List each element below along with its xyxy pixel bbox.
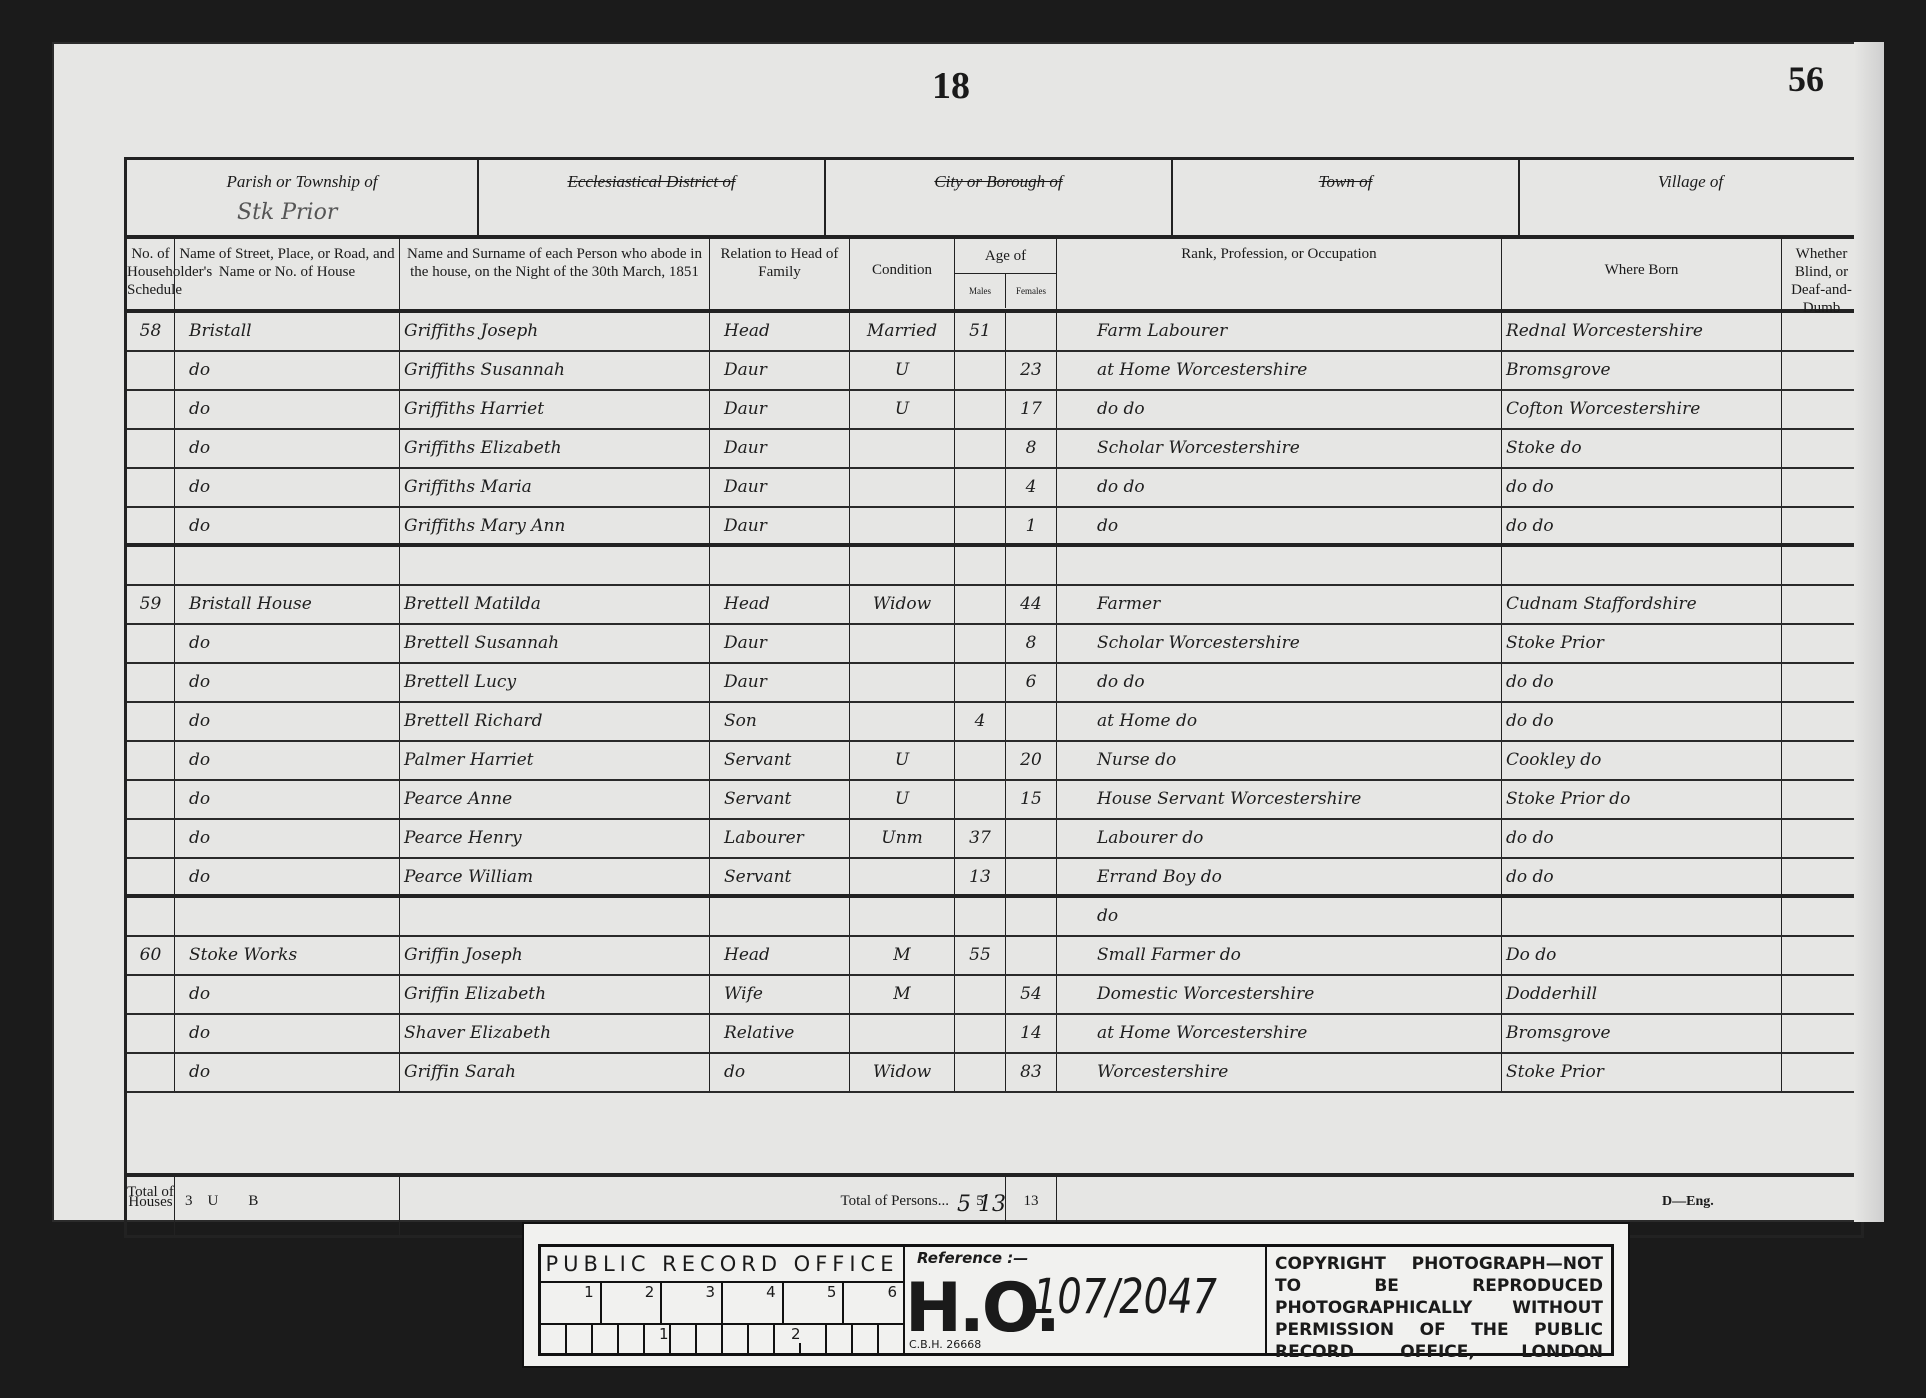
blind-deaf	[1782, 313, 1861, 350]
age-male	[955, 742, 1006, 779]
age-female	[1006, 937, 1057, 974]
col-schedule: No. of Householder's Schedule	[127, 239, 175, 309]
age-female: 15	[1006, 781, 1057, 818]
table-row: doBrettell LucyDaur6do dodo do	[127, 664, 1861, 703]
ruler-mark: 1	[659, 1325, 669, 1343]
occupation: Farmer	[1057, 586, 1502, 623]
table-row: 58BristallGriffiths JosephHeadMarried51F…	[127, 313, 1861, 352]
ruler-mark: 6	[844, 1283, 903, 1323]
relation: Daur	[710, 508, 850, 543]
where-born: do do	[1502, 508, 1782, 543]
table-row: do	[127, 898, 1861, 937]
where-born: do do	[1502, 859, 1782, 894]
where-born: Stoke Prior do	[1502, 781, 1782, 818]
age-female	[1006, 703, 1057, 740]
uninhabited-label: U	[208, 1193, 219, 1209]
age-female: 17	[1006, 391, 1057, 428]
relation	[710, 547, 850, 584]
condition	[850, 469, 955, 506]
ruler-mark: 4	[723, 1283, 784, 1323]
condition: U	[850, 781, 955, 818]
where-born: Do do	[1502, 937, 1782, 974]
total-houses-label: Total of Houses	[127, 1177, 175, 1235]
where-born: Cudnam Staffordshire	[1502, 586, 1782, 623]
blind-deaf	[1782, 352, 1861, 389]
person-name: Griffin Sarah	[400, 1054, 710, 1091]
relation: Servant	[710, 859, 850, 894]
ecclesiastical-field: Ecclesiastical District of	[479, 160, 826, 235]
table-row: doGriffiths MariaDaur4do dodo do	[127, 469, 1861, 508]
ruler-ticks: 1 2	[541, 1325, 903, 1353]
condition	[850, 664, 955, 701]
where-born: Rednal Worcestershire	[1502, 313, 1782, 350]
occupation: at Home do	[1057, 703, 1502, 740]
age-male: 37	[955, 820, 1006, 857]
parish-label: Parish or Township of	[127, 160, 477, 192]
reference-box: Reference :— H.O. 107/2047 C.B.H. 26668	[905, 1247, 1267, 1353]
street-name: Stoke Works	[175, 937, 400, 974]
person-name: Griffin Joseph	[400, 937, 710, 974]
blind-deaf	[1782, 664, 1861, 701]
household-rows: 58BristallGriffiths JosephHeadMarried51F…	[127, 313, 1861, 1093]
occupation: do do	[1057, 469, 1502, 506]
record-office-stamp: PUBLIC RECORD OFFICE 1 2 3 4 5 6 1 2 Ref…	[522, 1222, 1630, 1368]
age-male	[955, 898, 1006, 935]
person-name: Griffiths Harriet	[400, 391, 710, 428]
person-name: Pearce Henry	[400, 820, 710, 857]
blind-deaf	[1782, 586, 1861, 623]
where-born: Cookley do	[1502, 742, 1782, 779]
col-occupation: Rank, Profession, or Occupation	[1057, 239, 1502, 309]
blind-deaf	[1782, 469, 1861, 506]
schedule-number	[127, 430, 175, 467]
person-name: Brettell Lucy	[400, 664, 710, 701]
age-label: Age of	[955, 239, 1056, 274]
schedule-number	[127, 547, 175, 584]
schedule-number	[127, 898, 175, 935]
table-row: doPearce WilliamServant13Errand Boy dodo…	[127, 859, 1861, 898]
cbh-number: C.B.H. 26668	[909, 1338, 981, 1351]
borough-field: City or Borough of	[826, 160, 1173, 235]
street-name: do	[175, 391, 400, 428]
condition	[850, 547, 955, 584]
where-born: Bromsgrove	[1502, 1015, 1782, 1052]
village-label: Village of	[1520, 160, 1861, 192]
age-female: 83	[1006, 1054, 1057, 1091]
street-name: do	[175, 469, 400, 506]
blind-deaf	[1782, 625, 1861, 662]
age-male	[955, 352, 1006, 389]
person-name: Palmer Harriet	[400, 742, 710, 779]
ruler-mark: 5	[784, 1283, 845, 1323]
piece-number: 107/2047	[1033, 1269, 1217, 1325]
relation: Daur	[710, 664, 850, 701]
age-female: 14	[1006, 1015, 1057, 1052]
table-row: doGriffiths SusannahDaurU23at Home Worce…	[127, 352, 1861, 391]
person-name: Griffiths Elizabeth	[400, 430, 710, 467]
age-male	[955, 625, 1006, 662]
age-male	[955, 547, 1006, 584]
condition: U	[850, 742, 955, 779]
schedule-number	[127, 703, 175, 740]
occupation: do do	[1057, 391, 1502, 428]
table-row: doGriffin SarahdoWidow83WorcestershireSt…	[127, 1054, 1861, 1093]
schedule-number	[127, 352, 175, 389]
street-name	[175, 898, 400, 935]
occupation: at Home Worcestershire	[1057, 352, 1502, 389]
street-name: do	[175, 781, 400, 818]
schedule-number	[127, 820, 175, 857]
houses-count: 3 U B	[175, 1177, 400, 1235]
parish-value: Stk Prior	[237, 200, 337, 225]
age-male	[955, 664, 1006, 701]
condition	[850, 1015, 955, 1052]
blind-deaf	[1782, 391, 1861, 428]
schedule-number: 58	[127, 313, 175, 350]
age-females-label: Females	[1006, 274, 1056, 308]
street-name: do	[175, 859, 400, 894]
street-name: do	[175, 742, 400, 779]
houses-inhabited: 3	[185, 1193, 193, 1209]
condition	[850, 703, 955, 740]
relation: Daur	[710, 391, 850, 428]
where-born	[1502, 898, 1782, 935]
where-born	[1502, 547, 1782, 584]
blind-deaf	[1782, 742, 1861, 779]
condition	[850, 508, 955, 543]
person-name: Griffiths Susannah	[400, 352, 710, 389]
age-female	[1006, 547, 1057, 584]
condition: U	[850, 391, 955, 428]
schedule-number	[127, 391, 175, 428]
relation: do	[710, 1054, 850, 1091]
table-row	[127, 547, 1861, 586]
condition: Unm	[850, 820, 955, 857]
where-born: Dodderhill	[1502, 976, 1782, 1013]
street-name: Bristall House	[175, 586, 400, 623]
schedule-number	[127, 859, 175, 894]
age-male	[955, 1015, 1006, 1052]
building-label: B	[248, 1193, 258, 1209]
table-row: doGriffiths HarrietDaurU17do doCofton Wo…	[127, 391, 1861, 430]
folio-number: 18	[932, 64, 970, 108]
occupation: Labourer do	[1057, 820, 1502, 857]
condition: Widow	[850, 1054, 955, 1091]
age-male	[955, 586, 1006, 623]
age-male: 13	[955, 859, 1006, 894]
street-name: do	[175, 430, 400, 467]
blind-deaf	[1782, 547, 1861, 584]
table-row: doPearce HenryLabourerUnm37Labourer dodo…	[127, 820, 1861, 859]
age-female	[1006, 898, 1057, 935]
where-born: Stoke Prior	[1502, 625, 1782, 662]
table-row: doGriffin ElizabethWifeM54Domestic Worce…	[127, 976, 1861, 1015]
schedule-number	[127, 625, 175, 662]
relation: Son	[710, 703, 850, 740]
schedule-number	[127, 1015, 175, 1052]
where-born: Stoke Prior	[1502, 1054, 1782, 1091]
age-female: 20	[1006, 742, 1057, 779]
schedule-number: 59	[127, 586, 175, 623]
relation	[710, 898, 850, 935]
age-male: 4	[955, 703, 1006, 740]
condition	[850, 430, 955, 467]
table-row: doGriffiths ElizabethDaur8Scholar Worces…	[127, 430, 1861, 469]
person-name: Brettell Matilda	[400, 586, 710, 623]
table-row: doBrettell SusannahDaur8Scholar Worceste…	[127, 625, 1861, 664]
person-name	[400, 547, 710, 584]
age-male	[955, 391, 1006, 428]
borough-label: City or Borough of	[826, 160, 1171, 192]
person-name: Griffiths Joseph	[400, 313, 710, 350]
census-sheet: 18 56 Parish or Township of Stk Prior Ec…	[52, 42, 1884, 1222]
relation: Daur	[710, 352, 850, 389]
occupation: Domestic Worcestershire	[1057, 976, 1502, 1013]
relation: Daur	[710, 430, 850, 467]
parish-field: Parish or Township of Stk Prior	[127, 160, 479, 235]
relation: Head	[710, 937, 850, 974]
col-relation: Relation to Head of Family	[710, 239, 850, 309]
occupation: Errand Boy do	[1057, 859, 1502, 894]
age-male	[955, 508, 1006, 543]
condition	[850, 859, 955, 894]
blind-deaf	[1782, 937, 1861, 974]
condition: M	[850, 976, 955, 1013]
table-row: 59Bristall HouseBrettell MatildaHeadWido…	[127, 586, 1861, 625]
street-name	[175, 547, 400, 584]
schedule-number	[127, 664, 175, 701]
col-name: Name and Surname of each Person who abod…	[400, 239, 710, 309]
ruler-mark: 2	[602, 1283, 663, 1323]
where-born: Stoke do	[1502, 430, 1782, 467]
relation: Servant	[710, 742, 850, 779]
schedule-number: 60	[127, 937, 175, 974]
condition: U	[850, 352, 955, 389]
occupation: House Servant Worcestershire	[1057, 781, 1502, 818]
blind-deaf	[1782, 781, 1861, 818]
reference-label: Reference :—	[917, 1249, 1028, 1267]
occupation: do	[1057, 898, 1502, 935]
age-male: 55	[955, 937, 1006, 974]
age-male	[955, 781, 1006, 818]
blind-deaf	[1782, 820, 1861, 857]
blind-deaf	[1782, 976, 1861, 1013]
relation: Servant	[710, 781, 850, 818]
location-header: Parish or Township of Stk Prior Ecclesia…	[127, 160, 1861, 239]
table-row: doPearce AnneServantU15House Servant Wor…	[127, 781, 1861, 820]
age-female: 1	[1006, 508, 1057, 543]
blind-deaf	[1782, 898, 1861, 935]
age-female: 8	[1006, 625, 1057, 662]
town-field: Town of	[1173, 160, 1520, 235]
occupation: do do	[1057, 664, 1502, 701]
street-name: do	[175, 820, 400, 857]
relation: Daur	[710, 469, 850, 506]
col-where-born: Where Born	[1502, 239, 1782, 309]
schedule-number	[127, 742, 175, 779]
condition: Widow	[850, 586, 955, 623]
age-female: 6	[1006, 664, 1057, 701]
age-female	[1006, 820, 1057, 857]
blind-deaf	[1782, 430, 1861, 467]
street-name: do	[175, 508, 400, 543]
age-male: 51	[955, 313, 1006, 350]
age-male	[955, 469, 1006, 506]
where-born: do do	[1502, 664, 1782, 701]
condition	[850, 898, 955, 935]
schedule-number	[127, 469, 175, 506]
age-males-label: Males	[955, 274, 1006, 308]
village-field: Village of	[1520, 160, 1861, 235]
relation: Wife	[710, 976, 850, 1013]
page-number: 56	[1788, 58, 1824, 100]
street-name: do	[175, 625, 400, 662]
col-age: Age of Males Females	[955, 239, 1057, 309]
blind-deaf	[1782, 508, 1861, 543]
age-female: 4	[1006, 469, 1057, 506]
schedule-number	[127, 1054, 175, 1091]
person-name: Griffiths Maria	[400, 469, 710, 506]
person-name: Griffiths Mary Ann	[400, 508, 710, 543]
schedule-number	[127, 508, 175, 543]
where-born: Cofton Worcestershire	[1502, 391, 1782, 428]
table-row: doBrettell RichardSon4at Home dodo do	[127, 703, 1861, 742]
condition: M	[850, 937, 955, 974]
street-name: do	[175, 703, 400, 740]
condition	[850, 625, 955, 662]
blind-deaf	[1782, 1015, 1861, 1052]
ruler-mark: 1	[541, 1283, 602, 1323]
occupation	[1057, 547, 1502, 584]
relation: Head	[710, 313, 850, 350]
person-name: Pearce Anne	[400, 781, 710, 818]
age-male	[955, 430, 1006, 467]
person-name	[400, 898, 710, 935]
record-office-ruler: PUBLIC RECORD OFFICE 1 2 3 4 5 6 1 2	[541, 1247, 905, 1353]
occupation: Small Farmer do	[1057, 937, 1502, 974]
where-born: Bromsgrove	[1502, 352, 1782, 389]
age-female: 54	[1006, 976, 1057, 1013]
form-code: D—Eng.	[1662, 1194, 1714, 1210]
schedule-number	[127, 976, 175, 1013]
ecclesiastical-label: Ecclesiastical District of	[479, 160, 824, 192]
ruler-mark: 3	[662, 1283, 723, 1323]
col-condition: Condition	[850, 239, 955, 309]
office-name: PUBLIC RECORD OFFICE	[541, 1247, 903, 1276]
street-name: do	[175, 352, 400, 389]
table-row: doPalmer HarrietServantU20Nurse doCookle…	[127, 742, 1861, 781]
street-name: Bristall	[175, 313, 400, 350]
person-name: Griffin Elizabeth	[400, 976, 710, 1013]
col-street: Name of Street, Place, or Road, and Name…	[175, 239, 400, 309]
person-name: Pearce William	[400, 859, 710, 894]
census-table: Parish or Township of Stk Prior Ecclesia…	[124, 157, 1864, 1238]
table-row: 60Stoke WorksGriffin JosephHeadM55Small …	[127, 937, 1861, 976]
relation: Daur	[710, 625, 850, 662]
where-born: do do	[1502, 703, 1782, 740]
age-female: 44	[1006, 586, 1057, 623]
column-headers: No. of Householder's Schedule Name of St…	[127, 239, 1861, 313]
relation: Head	[710, 586, 850, 623]
blind-deaf	[1782, 1054, 1861, 1091]
blind-deaf	[1782, 859, 1861, 894]
occupation: Scholar Worcestershire	[1057, 430, 1502, 467]
where-born: do do	[1502, 469, 1782, 506]
occupation: Nurse do	[1057, 742, 1502, 779]
condition: Married	[850, 313, 955, 350]
occupation: do	[1057, 508, 1502, 543]
table-row: doShaver ElizabethRelative14at Home Worc…	[127, 1015, 1861, 1054]
person-name: Brettell Susannah	[400, 625, 710, 662]
copyright-notice: COPYRIGHT PHOTOGRAPH—NOT TO BE REPRODUCE…	[1267, 1247, 1611, 1353]
age-female: 8	[1006, 430, 1057, 467]
tally-below: 5 13	[957, 1192, 1006, 1217]
occupation: Worcestershire	[1057, 1054, 1502, 1091]
street-name: do	[175, 976, 400, 1013]
person-name: Brettell Richard	[400, 703, 710, 740]
relation: Labourer	[710, 820, 850, 857]
table-row: doGriffiths Mary AnnDaur1dodo do	[127, 508, 1861, 547]
street-name: do	[175, 1015, 400, 1052]
ruler-mark: 2	[791, 1325, 801, 1343]
age-male	[955, 976, 1006, 1013]
age-male	[955, 1054, 1006, 1091]
col-blind: Whether Blind, or Deaf-and-Dumb	[1782, 239, 1861, 309]
occupation: at Home Worcestershire	[1057, 1015, 1502, 1052]
occupation: Farm Labourer	[1057, 313, 1502, 350]
where-born: do do	[1502, 820, 1782, 857]
street-name: do	[175, 664, 400, 701]
blind-deaf	[1782, 703, 1861, 740]
schedule-number	[127, 781, 175, 818]
person-name: Shaver Elizabeth	[400, 1015, 710, 1052]
town-label: Town of	[1173, 160, 1518, 192]
relation: Relative	[710, 1015, 850, 1052]
age-female	[1006, 313, 1057, 350]
occupation: Scholar Worcestershire	[1057, 625, 1502, 662]
age-female	[1006, 859, 1057, 894]
age-female: 23	[1006, 352, 1057, 389]
ruler-inches: 1 2 3 4 5 6	[541, 1281, 903, 1325]
street-name: do	[175, 1054, 400, 1091]
